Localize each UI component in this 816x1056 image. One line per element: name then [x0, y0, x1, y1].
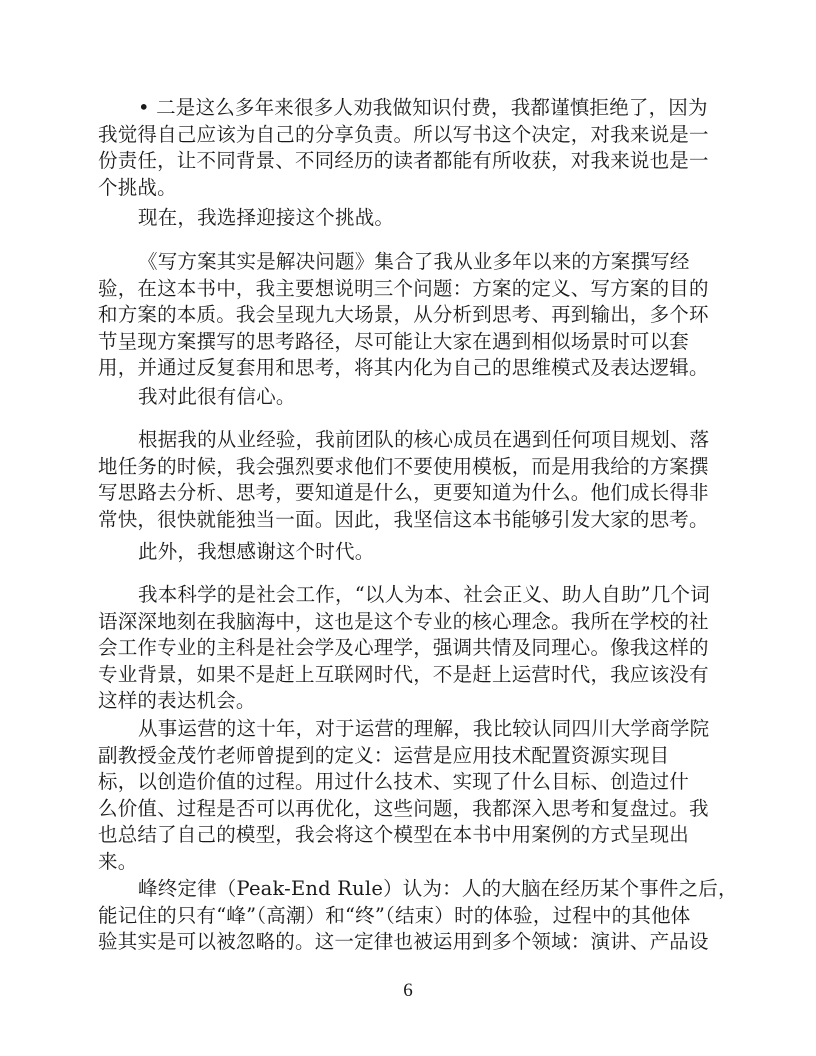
- text-line: 来。: [98, 849, 728, 876]
- text-line: 现在，我选择迎接这个挑战。: [98, 205, 728, 232]
- text-line: 峰终定律（Peak-End Rule）认为：人的大脑在经历某个事件之后，: [98, 876, 728, 903]
- text-line: 么价值、过程是否可以再优化，这些问题，我都深入思考和复盘过。我: [98, 796, 728, 823]
- text-line: • 二是这么多年来很多人劝我做知识付费，我都谨慎拒绝了，因为: [98, 95, 728, 122]
- text-line: 语深深地刻在我脑海中，这也是这个专业的核心理念。我所在学校的社: [98, 609, 728, 636]
- document-page: • 二是这么多年来很多人劝我做知识付费，我都谨慎拒绝了，因为我觉得自己应该为自己…: [0, 0, 816, 1056]
- text-line: 此外，我想感谢这个时代。: [98, 539, 728, 566]
- text-line: 我觉得自己应该为自己的分享负责。所以写书这个决定，对我来说是一: [98, 122, 728, 149]
- text-line: 验其实是可以被忽略的。这一定律也被运用到多个领域：演讲、产品设: [98, 929, 728, 956]
- text-line: 验，在这本书中，我主要想说明三个问题：方案的定义、写方案的目的: [98, 276, 728, 303]
- text-line: 写思路去分析、思考，要知道是什么，更要知道为什么。他们成长得非: [98, 480, 728, 507]
- paragraph: • 二是这么多年来很多人劝我做知识付费，我都谨慎拒绝了，因为我觉得自己应该为自己…: [98, 95, 728, 201]
- text-line: 根据我的从业经验，我前团队的核心成员在遇到任何项目规划、落: [98, 427, 728, 454]
- text-line: 个挑战。: [98, 175, 728, 202]
- paragraph: 现在，我选择迎接这个挑战。: [98, 205, 728, 232]
- text-line: 也总结了自己的模型，我会将这个模型在本书中用案例的方式呈现出: [98, 822, 728, 849]
- paragraph: 从事运营的这十年，对于运营的理解，我比较认同四川大学商学院副教授金茂竹老师曾提到…: [98, 716, 728, 875]
- text-line: 我本科学的是社会工作，“以人为本、社会正义、助人自助”几个词: [98, 582, 728, 609]
- text-line: 常快，很快就能独当一面。因此，我坚信这本书能够引发大家的思考。: [98, 507, 728, 534]
- paragraph: 根据我的从业经验，我前团队的核心成员在遇到任何项目规划、落地任务的时候，我会强烈…: [98, 427, 728, 533]
- text-line: 专业背景，如果不是赶上互联网时代，不是赶上运营时代，我应该没有: [98, 662, 728, 689]
- text-line: 标，以创造价值的过程。用过什么技术、实现了什么目标、创造过什: [98, 769, 728, 796]
- text-line: 从事运营的这十年，对于运营的理解，我比较认同四川大学商学院: [98, 716, 728, 743]
- paragraph: 《写方案其实是解决问题》集合了我从业多年以来的方案撰写经验，在这本书中，我主要想…: [98, 249, 728, 382]
- text-line: 能记住的只有“峰”（高潮）和“终”（结束）时的体验，过程中的其他体: [98, 903, 728, 930]
- text-line: 地任务的时候，我会强烈要求他们不要使用模板，而是用我给的方案撰: [98, 454, 728, 481]
- text-line: 会工作专业的主科是社会学及心理学，强调共情及同理心。像我这样的: [98, 635, 728, 662]
- page-number: 6: [0, 980, 816, 1002]
- text-line: 份责任，让不同背景、不同经历的读者都能有所收获，对我来说也是一: [98, 148, 728, 175]
- paragraph: 此外，我想感谢这个时代。: [98, 539, 728, 566]
- text-line: 副教授金茂竹老师曾提到的定义：运营是应用技术配置资源实现目: [98, 743, 728, 770]
- text-line: 用，并通过反复套用和思考，将其内化为自己的思维模式及表达逻辑。: [98, 355, 728, 382]
- text-line: 节呈现方案撰写的思考路径，尽可能让大家在遇到相似场景时可以套: [98, 329, 728, 356]
- text-line: 这样的表达机会。: [98, 688, 728, 715]
- text-line: 《写方案其实是解决问题》集合了我从业多年以来的方案撰写经: [98, 249, 728, 276]
- text-line: 和方案的本质。我会呈现九大场景，从分析到思考、再到输出，多个环: [98, 302, 728, 329]
- paragraph: 峰终定律（Peak-End Rule）认为：人的大脑在经历某个事件之后，能记住的…: [98, 876, 728, 956]
- paragraph: 我对此很有信心。: [98, 384, 728, 411]
- paragraph: 我本科学的是社会工作，“以人为本、社会正义、助人自助”几个词语深深地刻在我脑海中…: [98, 582, 728, 715]
- text-line: 我对此很有信心。: [98, 384, 728, 411]
